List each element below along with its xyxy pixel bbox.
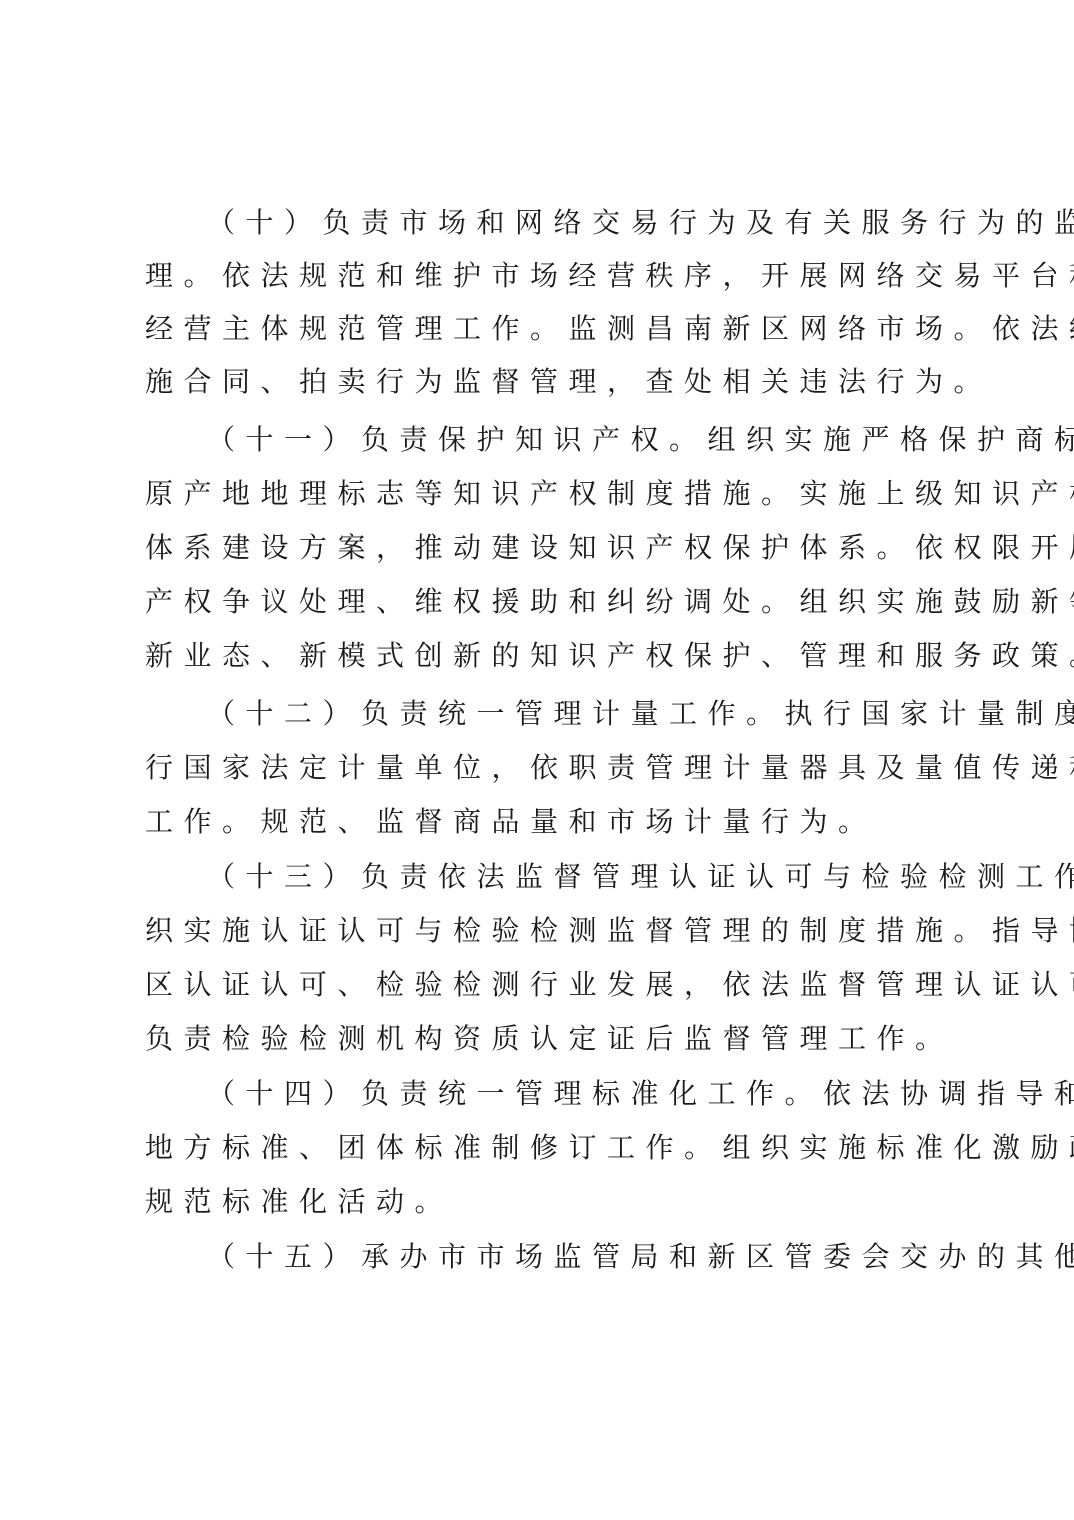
text-line: 原产地地理标志等知识产权制度措施。实施上级知识产权保护 <box>145 474 935 514</box>
text-line: 产权争议处理、维权援助和纠纷调处。组织实施鼓励新领域、 <box>145 582 935 622</box>
text-line: 负责检验检测机构资质认定证后监督管理工作。 <box>145 1019 935 1059</box>
text-line: 经营主体规范管理工作。监测昌南新区网络市场。依法组织实 <box>145 309 935 349</box>
text-line: 新业态、新模式创新的知识产权保护、管理和服务政策。 <box>145 636 935 676</box>
text-line: （十）负责市场和网络交易行为及有关服务行为的监督管 <box>207 203 935 243</box>
text-line: （十四）负责统一管理标准化工作。依法协调指导和监督 <box>207 1074 935 1114</box>
text-line: （十二）负责统一管理计量工作。执行国家计量制度，推 <box>207 694 935 734</box>
text-line: （十五）承办市市场监管局和新区管委会交办的其他事项。 <box>207 1237 935 1277</box>
text-line: 织实施认证认可与检验检测监督管理的制度措施。指导协调全 <box>145 911 935 951</box>
text-line: （十三）负责依法监督管理认证认可与检验检测工作。组 <box>207 857 935 897</box>
text-line: 施合同、拍卖行为监督管理，查处相关违法行为。 <box>145 362 935 402</box>
text-line: 体系建设方案，推动建设知识产权保护体系。依权限开展知识 <box>145 528 935 568</box>
text-line: 地方标准、团体标准制修订工作。组织实施标准化激励政策， <box>145 1128 935 1168</box>
document-page: （十）负责市场和网络交易行为及有关服务行为的监督管 理。依法规范和维护市场经营秩… <box>0 0 1074 1520</box>
text-line: 行国家法定计量单位，依职责管理计量器具及量值传递和比对 <box>145 748 935 788</box>
text-line: 区认证认可、检验检测行业发展，依法监督管理认证认可工作， <box>145 965 935 1005</box>
text-line: 工作。规范、监督商品量和市场计量行为。 <box>145 802 935 842</box>
text-line: 理。依法规范和维护市场经营秩序，开展网络交易平台和网络 <box>145 256 935 296</box>
text-line: （十一）负责保护知识产权。组织实施严格保护商标、专利、 <box>207 420 935 460</box>
text-line: 规范标准化活动。 <box>145 1182 935 1222</box>
